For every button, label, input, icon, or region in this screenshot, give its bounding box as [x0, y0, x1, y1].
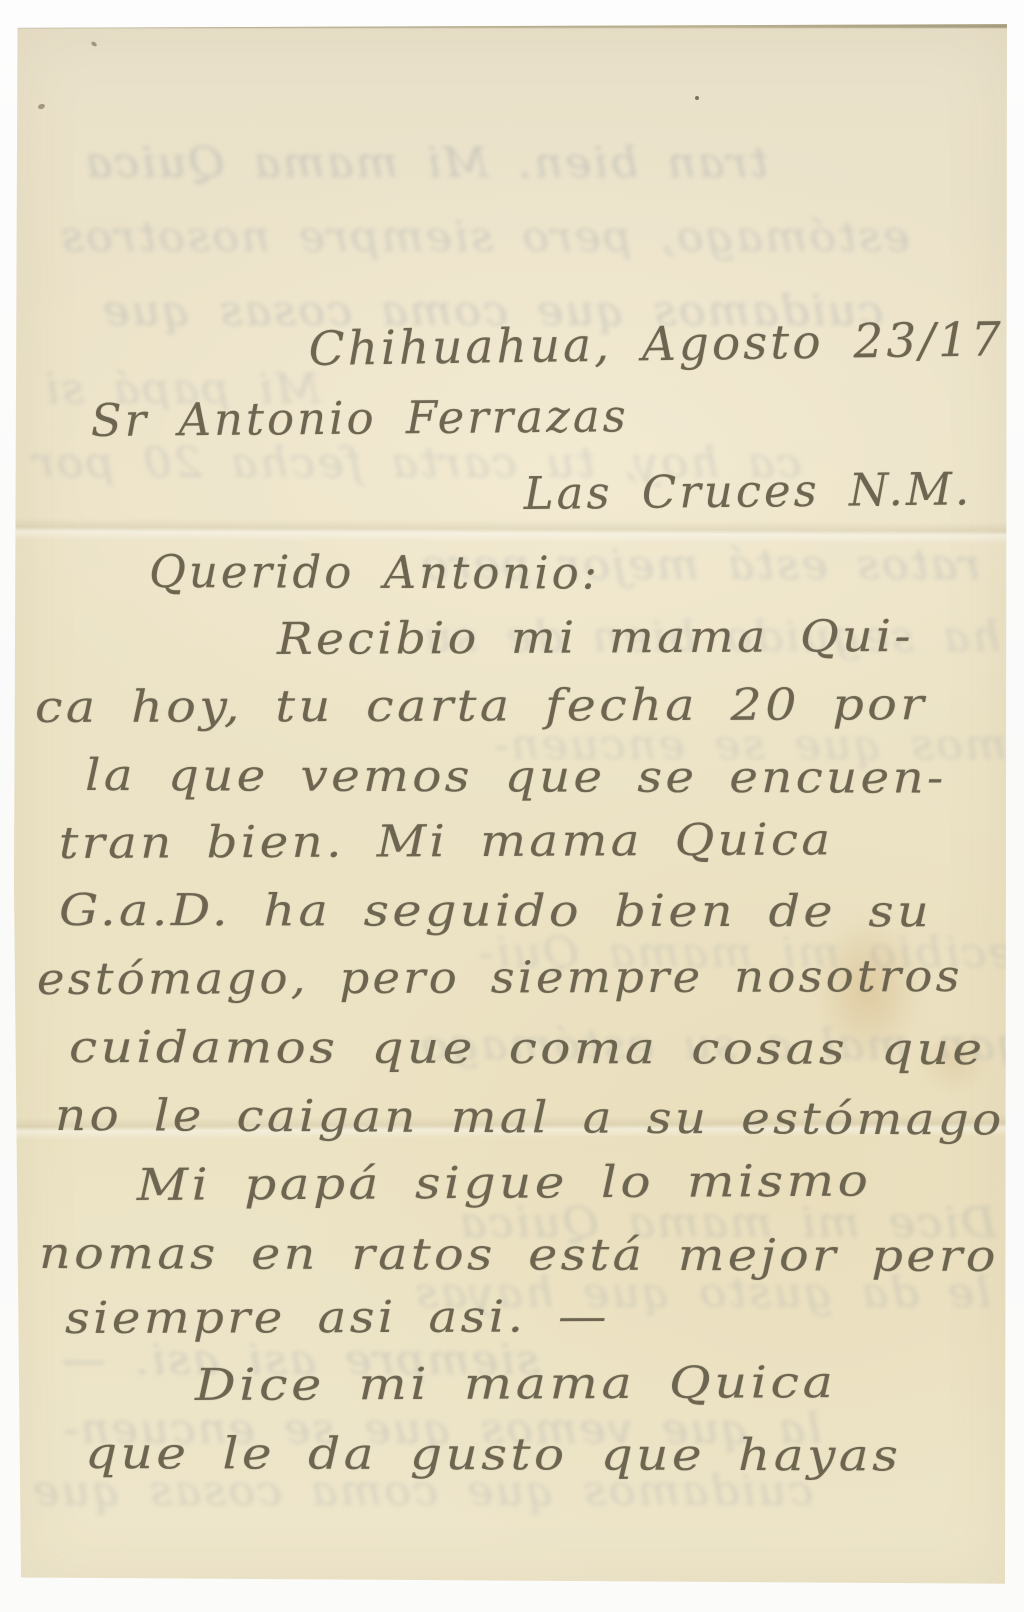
- letter-line: ca hoy, tu carta fecha 20 por: [35, 683, 927, 730]
- letter-line: G.a.D. ha seguido bien de su: [59, 889, 932, 934]
- letter-line: estómago, pero siempre nosotros: [37, 955, 963, 1002]
- letter-dateline: Chihuahua, Agosto 23/17: [308, 316, 1004, 373]
- letter-line: que le da gusto que hayas: [85, 1432, 901, 1478]
- letter-line: Recibio mi mama Qui-: [277, 615, 914, 662]
- fold-crease: [13, 518, 1011, 544]
- letter-recipient: Sr Antonio Ferrazas: [91, 393, 629, 443]
- letter-salutation: Querido Antonio:: [149, 549, 600, 596]
- letter-paper: tran bien. Mi mama Quica estómago, pero …: [13, 24, 1011, 1590]
- bleedthrough-text: tran bien. Mi mama Quica: [84, 142, 768, 184]
- scanned-letter-image: tran bien. Mi mama Quica estómago, pero …: [0, 0, 1024, 1612]
- letter-line: Dice mi mama Quica: [195, 1361, 837, 1408]
- letter-line: Mi papá sigue lo mismo: [137, 1160, 872, 1208]
- paper-speck: [695, 96, 699, 100]
- paper-speck: [37, 103, 45, 110]
- bleedthrough-text: estómago, pero siempre nosotros: [59, 216, 910, 258]
- letter-line: la que vemos que se encuen-: [85, 754, 947, 801]
- letter-line: no le caigan mal a su estómago: [55, 1094, 1005, 1143]
- letter-place: Las Cruces N.M.: [524, 466, 973, 516]
- paper-bottom-edge: [19, 1582, 1007, 1591]
- letter-line: cuidamos que coma cosas que: [69, 1026, 986, 1072]
- letter-line: tran bien. Mi mama Quica: [59, 818, 834, 866]
- letter-line: siempre asi asi. —: [65, 1295, 610, 1341]
- letter-line: nomas en ratos está mejor pero: [39, 1232, 999, 1279]
- paper-top-edge: [13, 24, 1011, 28]
- paper-speck: [90, 41, 97, 48]
